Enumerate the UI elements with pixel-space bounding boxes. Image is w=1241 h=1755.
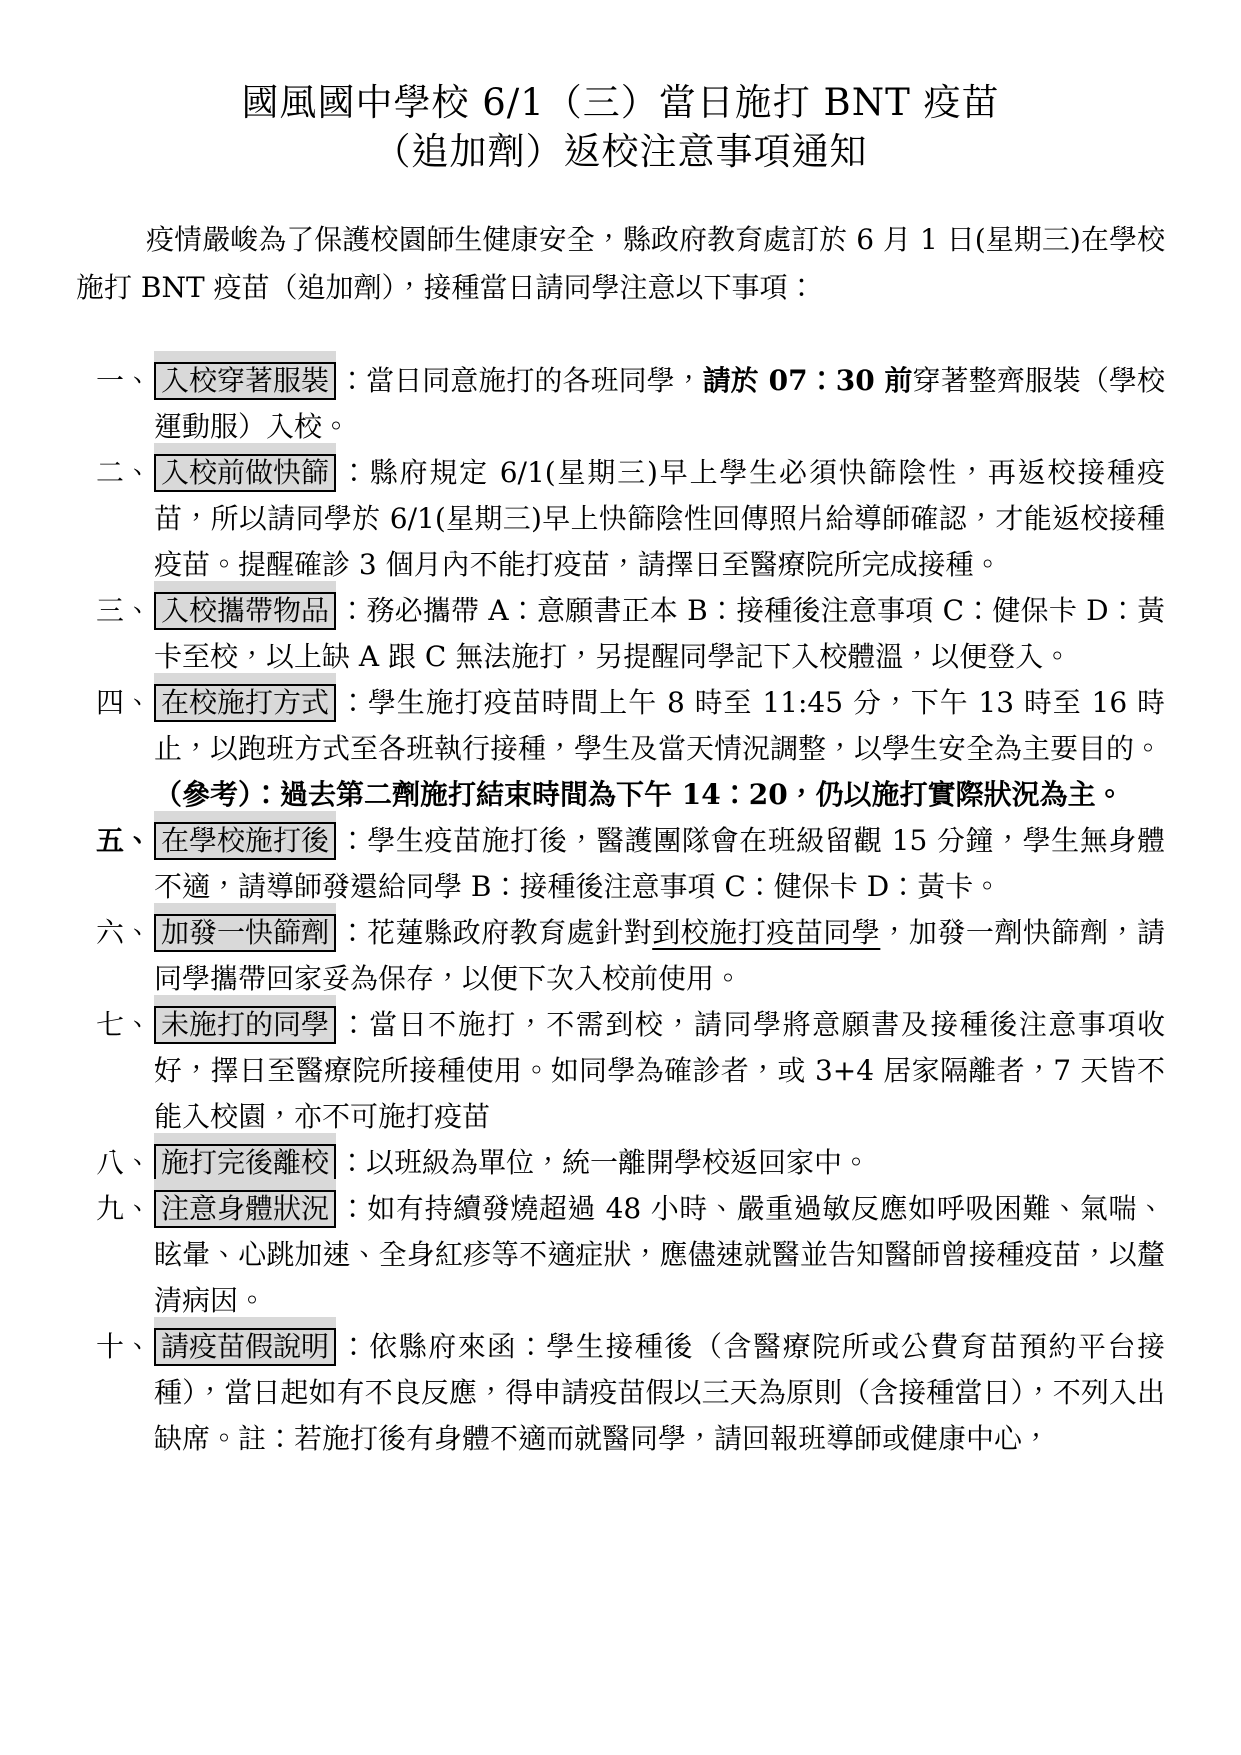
item-number: 五、 <box>96 818 152 864</box>
notice-item: 七、未施打的同學：當日不施打，不需到校，請同學將意願書及接種後注意事項收好，擇日… <box>76 1002 1165 1140</box>
title-line-2: （追加劑）返校注意事項通知 <box>76 127 1165 176</box>
item-text: 未施打的同學：當日不施打，不需到校，請同學將意願書及接種後注意事項收好，擇日至醫… <box>154 1008 1165 1133</box>
notice-item: 三、入校攜帶物品：務必攜帶 A：意願書正本 B：接種後注意事項 C：健保卡 D：… <box>76 588 1165 680</box>
item-label-box: 入校穿著服裝 <box>154 362 336 400</box>
notice-item: 四、在校施打方式：學生施打疫苗時間上午 8 時至 11:45 分，下午 13 時… <box>76 680 1165 818</box>
item-text: 施打完後離校：以班級為單位，統一離開學校返回家中。 <box>154 1146 870 1179</box>
item-number: 三、 <box>96 588 152 634</box>
item-text: 注意身體狀況：如有持續發燒超過 48 小時、嚴重過敏反應如呼吸困難、氣喘、眩暈、… <box>154 1192 1165 1317</box>
text-segment: ：以班級為單位，統一離開學校返回家中。 <box>338 1146 870 1179</box>
item-text: 入校穿著服裝：當日同意施打的各班同學，請於 07：30 前穿著整齊服裝（學校運動… <box>154 364 1165 443</box>
item-number: 九、 <box>96 1186 152 1232</box>
notice-item: 六、加發一快篩劑：花蓮縣政府教育處針對到校施打疫苗同學，加發一劑快篩劑，請同學攜… <box>76 910 1165 1002</box>
item-text: 入校攜帶物品：務必攜帶 A：意願書正本 B：接種後注意事項 C：健保卡 D：黃卡… <box>154 594 1165 673</box>
item-label-box: 未施打的同學 <box>154 1006 336 1044</box>
item-label-box: 加發一快篩劑 <box>154 914 336 952</box>
item-label-box: 入校前做快篩 <box>154 454 336 492</box>
text-segment: ：當日同意施打的各班同學， <box>338 364 703 397</box>
item-label-box: 請疫苗假說明 <box>154 1328 336 1366</box>
document-page: 國風國中學校 6/1（三）當日施打 BNT 疫苗 （追加劑）返校注意事項通知 疫… <box>0 0 1241 1755</box>
item-text: 在校施打方式：學生施打疫苗時間上午 8 時至 11:45 分，下午 13 時至 … <box>154 686 1165 765</box>
item-text: 在學校施打後：學生疫苗施打後，醫護團隊會在班級留觀 15 分鐘，學生無身體不適，… <box>154 824 1165 903</box>
text-segment: 到校施打疫苗同學 <box>652 916 880 949</box>
notice-item: 一、入校穿著服裝：當日同意施打的各班同學，請於 07：30 前穿著整齊服裝（學校… <box>76 358 1165 450</box>
item-text: 加發一快篩劑：花蓮縣政府教育處針對到校施打疫苗同學，加發一劑快篩劑，請同學攜帶回… <box>154 916 1165 995</box>
item-number: 一、 <box>96 358 152 404</box>
item-label-box: 入校攜帶物品 <box>154 592 336 630</box>
item-text: 請疫苗假說明：依縣府來函：學生接種後（含醫療院所或公費育苗預約平台接種），當日起… <box>154 1330 1165 1455</box>
item-number: 六、 <box>96 910 152 956</box>
item-segments: ：以班級為單位，統一離開學校返回家中。 <box>338 1146 870 1179</box>
notice-item: 二、入校前做快篩：縣府規定 6/1(星期三)早上學生必須快篩陰性，再返校接種疫苗… <box>76 450 1165 588</box>
item-number: 十、 <box>96 1324 152 1370</box>
item-number: 四、 <box>96 680 152 726</box>
intro-paragraph: 疫情嚴峻為了保護校園師生健康安全，縣政府教育處訂於 6 月 1 日(星期三)在學… <box>76 216 1165 312</box>
notice-list: 一、入校穿著服裝：當日同意施打的各班同學，請於 07：30 前穿著整齊服裝（學校… <box>76 358 1165 1462</box>
item-text: 入校前做快篩：縣府規定 6/1(星期三)早上學生必須快篩陰性，再返校接種疫苗，所… <box>154 456 1165 581</box>
text-segment: 請於 07：30 前 <box>703 364 913 397</box>
item-label-box: 在校施打方式 <box>154 684 336 722</box>
item-number: 八、 <box>96 1140 152 1186</box>
item-label-box: 注意身體狀況 <box>154 1190 336 1228</box>
item-number: 二、 <box>96 450 152 496</box>
text-segment: ：花蓮縣政府教育處針對 <box>338 916 652 949</box>
notice-item: 九、注意身體狀況：如有持續發燒超過 48 小時、嚴重過敏反應如呼吸困難、氣喘、眩… <box>76 1186 1165 1324</box>
notice-item: 五、在學校施打後：學生疫苗施打後，醫護團隊會在班級留觀 15 分鐘，學生無身體不… <box>76 818 1165 910</box>
title-line-1: 國風國中學校 6/1（三）當日施打 BNT 疫苗 <box>76 78 1165 127</box>
notice-item: 十、請疫苗假說明：依縣府來函：學生接種後（含醫療院所或公費育苗預約平台接種），當… <box>76 1324 1165 1462</box>
item-label-box: 施打完後離校 <box>154 1144 336 1182</box>
item-number: 七、 <box>96 1002 152 1048</box>
document-title: 國風國中學校 6/1（三）當日施打 BNT 疫苗 （追加劑）返校注意事項通知 <box>76 78 1165 176</box>
item-label-box: 在學校施打後 <box>154 822 336 860</box>
